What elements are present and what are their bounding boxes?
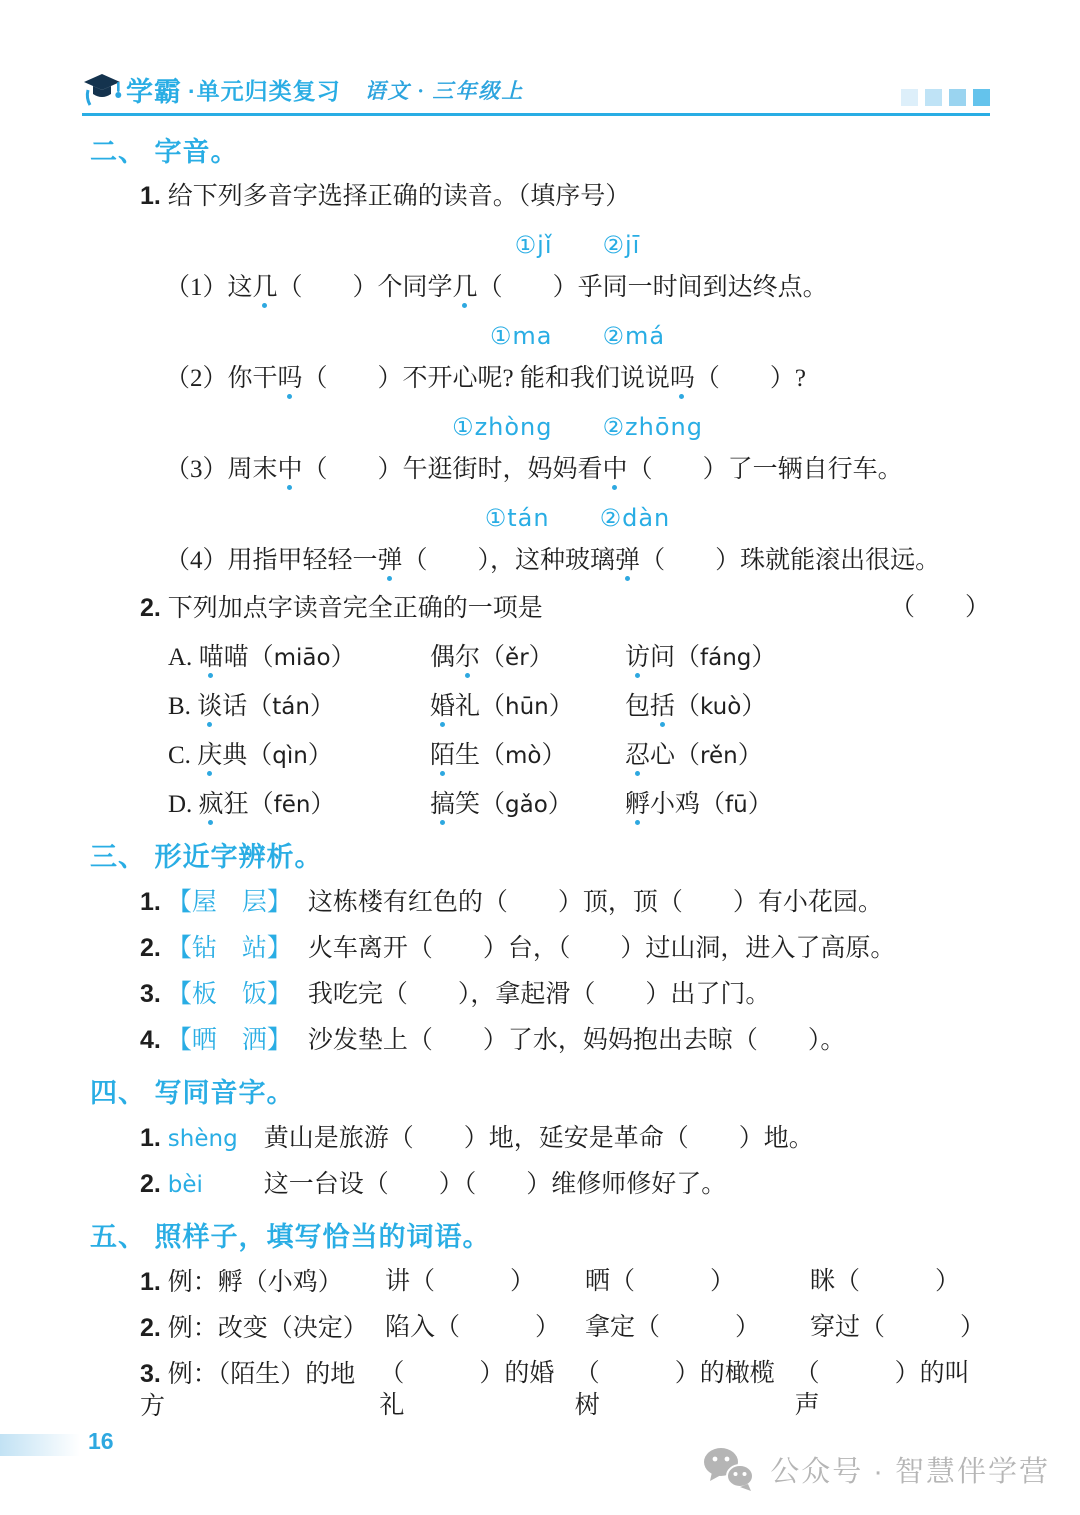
page-number-bar xyxy=(0,1434,80,1456)
decor-squares xyxy=(901,89,990,106)
fill-line-1: （1）这几（ ）个同学几（ ）乎同一时间到达终点。 xyxy=(165,272,990,304)
choice-c-word-2: 陌生（mò） xyxy=(430,740,625,772)
choice-d-word-3: 孵小鸡（fū） xyxy=(625,789,773,821)
question-1: 1. 给下列多音字选择正确的读音。（填序号） xyxy=(140,180,990,213)
brand-title: 学霸 xyxy=(126,70,182,109)
compare-item-3: 3.【板 饭】我吃完（ ），拿起滑（ ）出了门。 xyxy=(140,978,990,1011)
word-cell: 1. 例：孵（小鸡） xyxy=(140,1266,385,1299)
word-row-2: 2. 例：改变（决定） 陷入（ ） 拿定（ ） 穿过（ ） xyxy=(140,1312,990,1345)
watermark-text: 公众号 · 智慧伴学营 xyxy=(770,1449,1050,1490)
word-cell: 晒（ ） xyxy=(585,1266,810,1299)
word-cell: 穿过（ ） xyxy=(810,1312,985,1345)
header-rule xyxy=(82,113,990,116)
word-row-1: 1. 例：孵（小鸡） 讲（ ） 晒（ ） 眯（ ） xyxy=(140,1266,990,1299)
fill-line-3: （3）周末中（ ）午逛街时，妈妈看中（ ）了一辆自行车。 xyxy=(165,454,990,486)
choice-d-word-2: 搞笑（gǎo） xyxy=(430,789,625,821)
pinyin-options-1: ①jǐ ②jī xyxy=(165,230,990,260)
wechat-icon xyxy=(702,1446,756,1492)
section-title-ci-yu: 五、 照样子，填写恰当的词语。 xyxy=(90,1221,990,1253)
word-cell: 陷入（ ） xyxy=(385,1312,585,1345)
word-cell: （ ）的叫声 xyxy=(795,1358,990,1423)
section-title-zi-yin: 二、 字音。 xyxy=(90,136,990,168)
compare-item-2: 2.【钻 站】火车离开（ ）台，（ ）过山洞，进入了高原。 xyxy=(140,932,990,965)
worksheet-body: 二、 字音。 1. 给下列多音字选择正确的读音。（填序号） ①jǐ ②jī （1… xyxy=(0,136,1080,1423)
choice-row-b: B. 谈话（tán） 婚礼（hūn） 包括（kuò） xyxy=(168,691,990,723)
word-cell: 讲（ ） xyxy=(385,1266,585,1299)
pinyin-options-4: ①tán ②dàn xyxy=(165,503,990,533)
choice-b-word-2: 婚礼（hūn） xyxy=(430,691,625,723)
choice-a-word-2: 偶尔（ěr） xyxy=(430,642,625,674)
question-2: 2. 下列加点字读音完全正确的一项是 （ ） xyxy=(140,592,990,625)
word-cell: （ ）的婚礼 xyxy=(379,1358,574,1423)
compare-item-4: 4.【晒 洒】沙发垫上（ ）了水，妈妈抱出去晾（ ）。 xyxy=(140,1024,990,1057)
choice-b-word-1: B. 谈话（tán） xyxy=(168,691,430,723)
choice-row-c: C. 庆典（qìn） 陌生（mò） 忍心（rěn） xyxy=(168,740,990,772)
pinyin-options-3: ①zhòng ②zhōng xyxy=(165,412,990,442)
decor-square xyxy=(949,89,966,106)
compare-item-1: 1.【屋 层】这栋楼有红色的（ ）顶，顶（ ）有小花园。 xyxy=(140,886,990,919)
graduation-cap-icon xyxy=(82,72,122,108)
word-cell: 拿定（ ） xyxy=(585,1312,810,1345)
choice-a-word-1: A. 喵喵（miāo） xyxy=(168,642,430,674)
worksheet-page: 学霸 ·单元归类复习 语文 · 三年级上 二、 字音。 1. 给下列多音字选择正… xyxy=(0,0,1080,1515)
watermark: 公众号 · 智慧伴学营 xyxy=(702,1446,1050,1492)
homophone-item-1: 1. shèng黄山是旅游（ ）地，延安是革命（ ）地。 xyxy=(140,1122,990,1155)
word-cell: （ ）的橄榄树 xyxy=(575,1358,795,1423)
brand: 学霸 ·单元归类复习 语文 · 三年级上 xyxy=(82,70,524,109)
choice-row-d: D. 疯狂（fēn） 搞笑（gǎo） 孵小鸡（fū） xyxy=(168,789,990,821)
page-header: 学霸 ·单元归类复习 语文 · 三年级上 xyxy=(0,0,1080,109)
answer-blank: （ ） xyxy=(890,592,990,625)
homophone-item-2: 2. bèi这一台设（ ）（ ）维修师修好了。 xyxy=(140,1168,990,1201)
choice-row-a: A. 喵喵（miāo） 偶尔（ěr） 访问（fáng） xyxy=(168,642,990,674)
choice-b-word-3: 包括（kuò） xyxy=(625,691,766,723)
brand-subject: 语文 · 三年级上 xyxy=(365,75,525,105)
decor-square xyxy=(973,89,990,106)
decor-square xyxy=(925,89,942,106)
fill-line-4: （4）用指甲轻轻一弹（ ），这种玻璃弹（ ）珠就能滚出很远。 xyxy=(165,545,990,577)
choice-c-word-3: 忍心（rěn） xyxy=(625,740,763,772)
section-title-tong-yin-zi: 四、 写同音字。 xyxy=(90,1077,990,1109)
word-cell: 2. 例：改变（决定） xyxy=(140,1312,385,1345)
choice-c-word-1: C. 庆典（qìn） xyxy=(168,740,430,772)
page-number: 16 xyxy=(88,1428,114,1455)
decor-square xyxy=(901,89,918,106)
choice-d-word-1: D. 疯狂（fēn） xyxy=(168,789,430,821)
word-cell: 3. 例：（陌生）的地方 xyxy=(140,1358,379,1423)
choice-a-word-3: 访问（fáng） xyxy=(625,642,776,674)
pinyin-options-2: ①ma ②má xyxy=(165,321,990,351)
fill-line-2: （2）你干吗（ ）不开心呢? 能和我们说说吗（ ）? xyxy=(165,363,990,395)
brand-series: ·单元归类复习 xyxy=(188,73,341,106)
question-2-text: 2. 下列加点字读音完全正确的一项是 xyxy=(140,592,543,625)
section-title-xing-jin-zi: 三、 形近字辨析。 xyxy=(90,841,990,873)
word-cell: 眯（ ） xyxy=(810,1266,960,1299)
word-row-3: 3. 例：（陌生）的地方 （ ）的婚礼 （ ）的橄榄树 （ ）的叫声 xyxy=(140,1358,990,1423)
